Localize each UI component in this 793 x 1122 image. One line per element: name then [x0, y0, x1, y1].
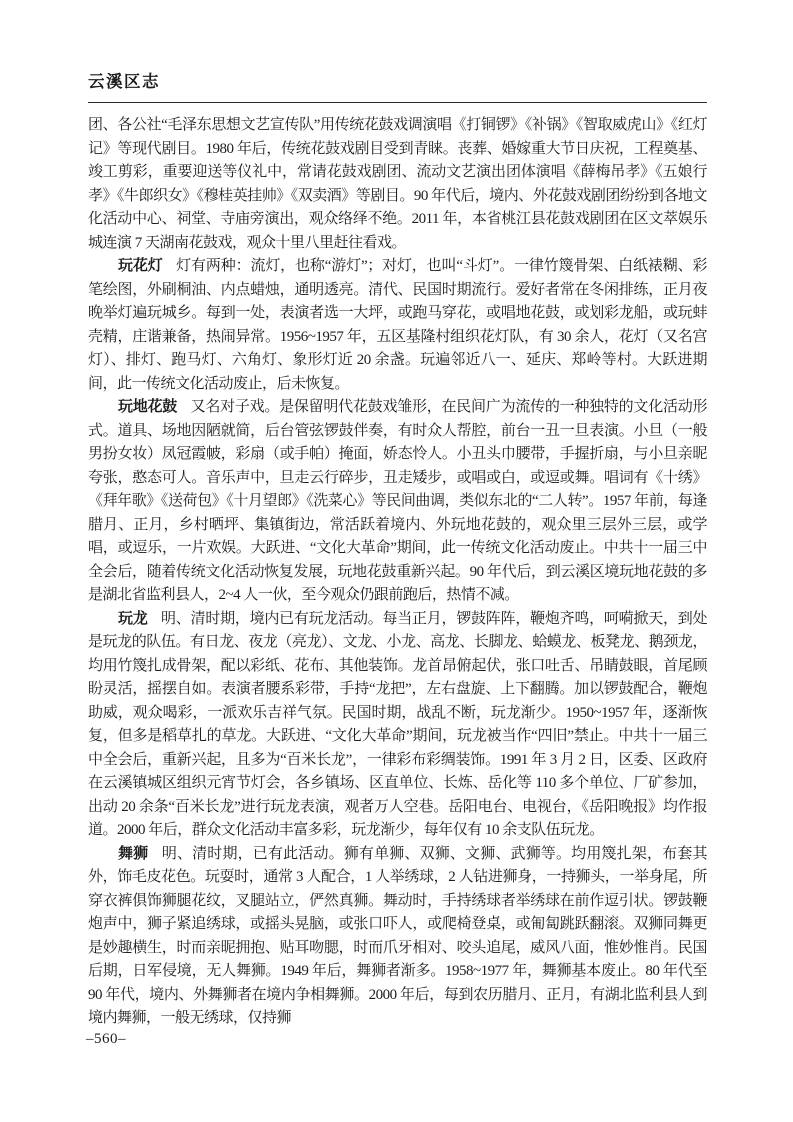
paragraph-wu-shi: 舞狮明、清时期，已有此活动。狮有单狮、双狮、文狮、武狮等。均用篾扎架，布套其外，…: [88, 843, 707, 1031]
paragraph-heading: 玩龙: [118, 611, 148, 627]
paragraph-huagu-opera-continuation: 团、各公社“毛泽东思想文艺宣传队”用传统花鼓戏调演唱《打铜锣》《补锅》《智取威虎…: [88, 114, 707, 255]
paragraph-text: 团、各公社“毛泽东思想文艺宣传队”用传统花鼓戏调演唱《打铜锣》《补锅》《智取威虎…: [88, 117, 707, 251]
paragraph-heading: 舞狮: [118, 846, 148, 862]
book-page: 云溪区志 团、各公社“毛泽东思想文艺宣传队”用传统花鼓戏调演唱《打铜锣》《补锅》…: [0, 0, 793, 1122]
header-rule: [88, 102, 707, 103]
paragraph-text: 又名对子戏。是保留明代花鼓戏雏形，在民间广为流传的一种独特的文化活动形式。道具、…: [88, 399, 707, 603]
paragraph-wan-long: 玩龙明、清时期，境内已有玩龙活动。每当正月，锣鼓阵阵，鞭炮齐鸣，呵嗬掀天，到处是…: [88, 608, 707, 843]
paragraph-heading: 玩地花鼓: [118, 399, 177, 415]
paragraph-wan-dihuagu: 玩地花鼓又名对子戏。是保留明代花鼓戏雏形，在民间广为流传的一种独特的文化活动形式…: [88, 396, 707, 608]
page-body: 团、各公社“毛泽东思想文艺宣传队”用传统花鼓戏调演唱《打铜锣》《补锅》《智取威虎…: [88, 114, 707, 1031]
book-title: 云溪区志: [88, 72, 707, 92]
paragraph-text: 明、清时期，已有此活动。狮有单狮、双狮、文狮、武狮等。均用篾扎架，布套其外，饰毛…: [88, 846, 707, 1027]
paragraph-heading: 玩花灯: [118, 258, 163, 274]
paragraph-text: 明、清时期，境内已有玩龙活动。每当正月，锣鼓阵阵，鞭炮齐鸣，呵嗬掀天，到处是玩龙…: [88, 611, 707, 839]
page-number: –560–: [86, 1031, 126, 1047]
page-footer: –560–: [86, 1031, 126, 1048]
paragraph-wan-huadeng: 玩花灯灯有两种：流灯，也称“游灯”；对灯，也叫“斗灯”。一律竹篾骨架、白纸裱糊、…: [88, 255, 707, 396]
page-header: 云溪区志: [88, 72, 707, 111]
paragraph-text: 灯有两种：流灯，也称“游灯”；对灯，也叫“斗灯”。一律竹篾骨架、白纸裱糊、彩笔绘…: [88, 258, 707, 392]
